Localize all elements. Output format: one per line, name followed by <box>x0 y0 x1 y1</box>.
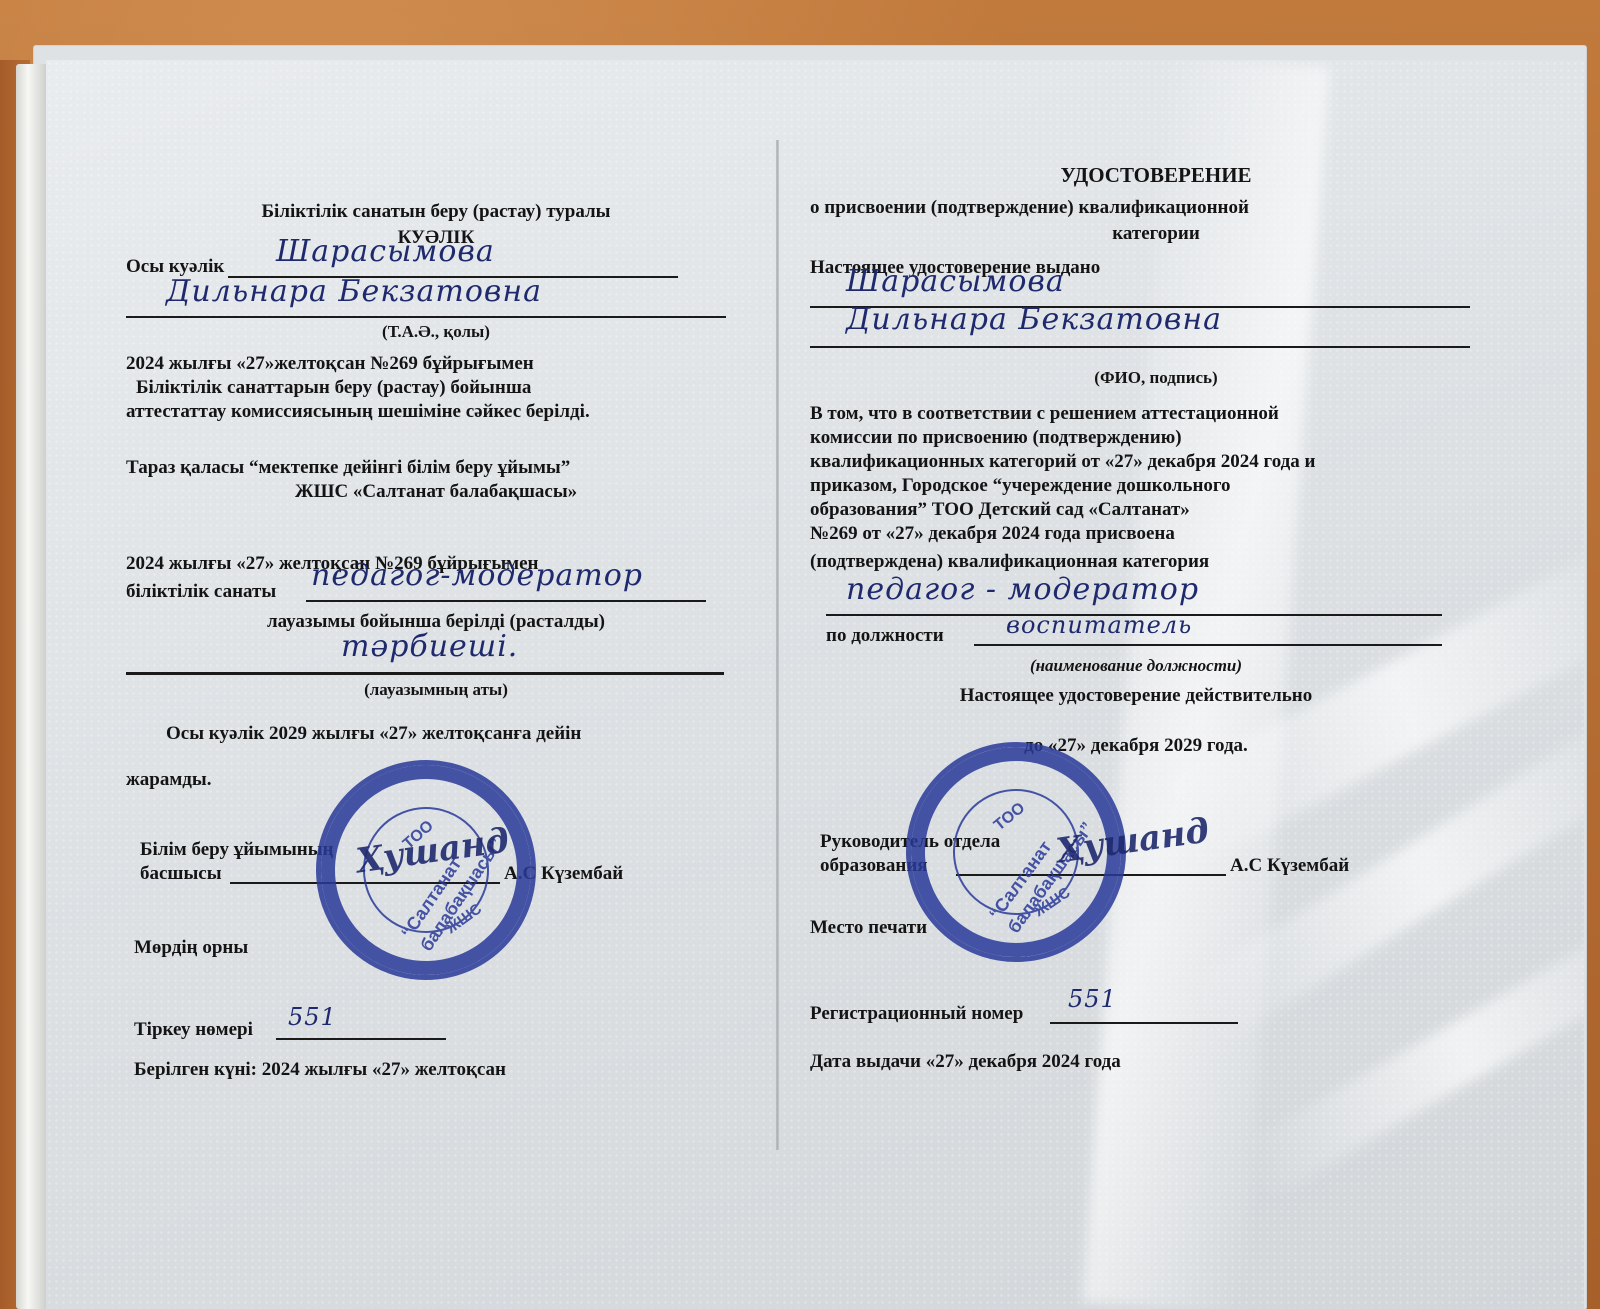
kz-reg-label: Тіркеу нөмері <box>134 1018 253 1041</box>
kz-head-label-1: Білім беру ұйымының <box>140 838 334 861</box>
ru-title-line-2: о присвоении (подтверждение) квалификаци… <box>810 196 1249 219</box>
kz-head-label-2: басшысы <box>140 862 222 885</box>
ru-position-value: воспитатель <box>1006 614 1192 637</box>
certificate-sheet: Біліктілік санатын беру (растау) туралы … <box>46 60 1584 1309</box>
kz-title: Біліктілік санатын беру (растау) туралы <box>106 200 766 223</box>
kz-holder-caption: (Т.А.Ә., қолы) <box>106 320 766 343</box>
ru-holder-surname: Шарасымова <box>846 270 1065 293</box>
ru-issue-date: Дата выдачи «27» декабря 2024 года <box>810 1050 1121 1073</box>
page-fold <box>776 140 779 1150</box>
ru-validity-line-2: до «27» декабря 2029 года. <box>806 734 1466 757</box>
kz-position-line <box>126 672 724 675</box>
kz-org-line-2: ЖШС «Салтанат балабақшасы» <box>106 480 766 503</box>
glare <box>1243 904 1584 1196</box>
ru-reg-label: Регистрационный номер <box>810 1002 1023 1025</box>
ru-body-line-4: приказом, Городское “учереждение дошколь… <box>810 474 1231 497</box>
ru-title-line-3: категории <box>806 222 1506 245</box>
kz-order-line-3: аттестаттау комиссиясының шешіміне сәйке… <box>126 400 590 423</box>
ru-category-value: педагог - модератор <box>846 578 1199 601</box>
ru-validity-line-1: Настоящее удостоверение действительно <box>806 684 1466 707</box>
ru-position-label: по должности <box>826 624 944 647</box>
kz-org-line-1: Тараз қаласы “мектепке дейінгі білім бер… <box>126 456 570 479</box>
ru-head-name: А.С Күзембай <box>1230 854 1349 877</box>
kz-reg-value: 551 <box>288 1006 337 1029</box>
kz-position-caption: (лауазымның аты) <box>106 678 766 701</box>
plastic-sleeve-edge <box>16 64 46 1309</box>
ru-body-line-5: образования” ТОО Детский сад «Салтанат» <box>810 498 1190 521</box>
ru-holder-name: Дильнара Бекзатовна <box>846 308 1222 331</box>
kz-order-line-1: 2024 жылғы «27»желтоқсан №269 бұйрығымен <box>126 352 534 375</box>
kz-category-value: педагог-модератор <box>311 564 643 587</box>
kz-issue-date: Берілген күні: 2024 жылғы «27» желтоқсан <box>134 1058 506 1081</box>
kz-position-value: тәрбиеші. <box>341 635 518 658</box>
ru-seal-place: Место печати <box>810 916 927 939</box>
ru-holder-caption: (ФИО, подпись) <box>806 366 1506 389</box>
kz-reg-line <box>276 1038 446 1040</box>
ru-position-caption: (наименование должности) <box>806 654 1466 677</box>
ru-title: УДОСТОВЕРЕНИЕ <box>806 164 1506 187</box>
ru-body-line-3: квалификационных категорий от «27» декаб… <box>810 450 1315 473</box>
ru-body-line-2: комиссии по присвоению (подтверждению) <box>810 426 1182 449</box>
ru-body-line-6: №269 от «27» декабря 2024 года присвоена <box>810 522 1175 545</box>
kz-seal-place: Мөрдің орны <box>134 936 248 959</box>
ru-body-line-7: (подтверждена) квалификационная категори… <box>810 550 1209 573</box>
kz-validity-line-2: жарамды. <box>126 768 211 791</box>
kz-category-label: біліктілік санаты <box>126 580 276 603</box>
ru-reg-value: 551 <box>1068 988 1117 1011</box>
ru-reg-line <box>1050 1022 1238 1024</box>
ru-name-line-2 <box>810 346 1470 348</box>
kz-holder-surname: Шарасымова <box>276 240 495 263</box>
kz-holder-name: Дильнара Бекзатовна <box>166 280 542 303</box>
ru-body-line-1: В том, что в соответствии с решением атт… <box>810 402 1279 425</box>
kz-category-line <box>306 600 706 602</box>
kz-order-line-2: Біліктілік санаттарын беру (растау) бойы… <box>136 376 531 399</box>
kz-validity-line-1: Осы куәлік 2029 жылғы «27» желтоқсанға д… <box>166 722 581 745</box>
kz-name-line-2 <box>126 316 726 318</box>
ru-position-line <box>974 644 1442 646</box>
